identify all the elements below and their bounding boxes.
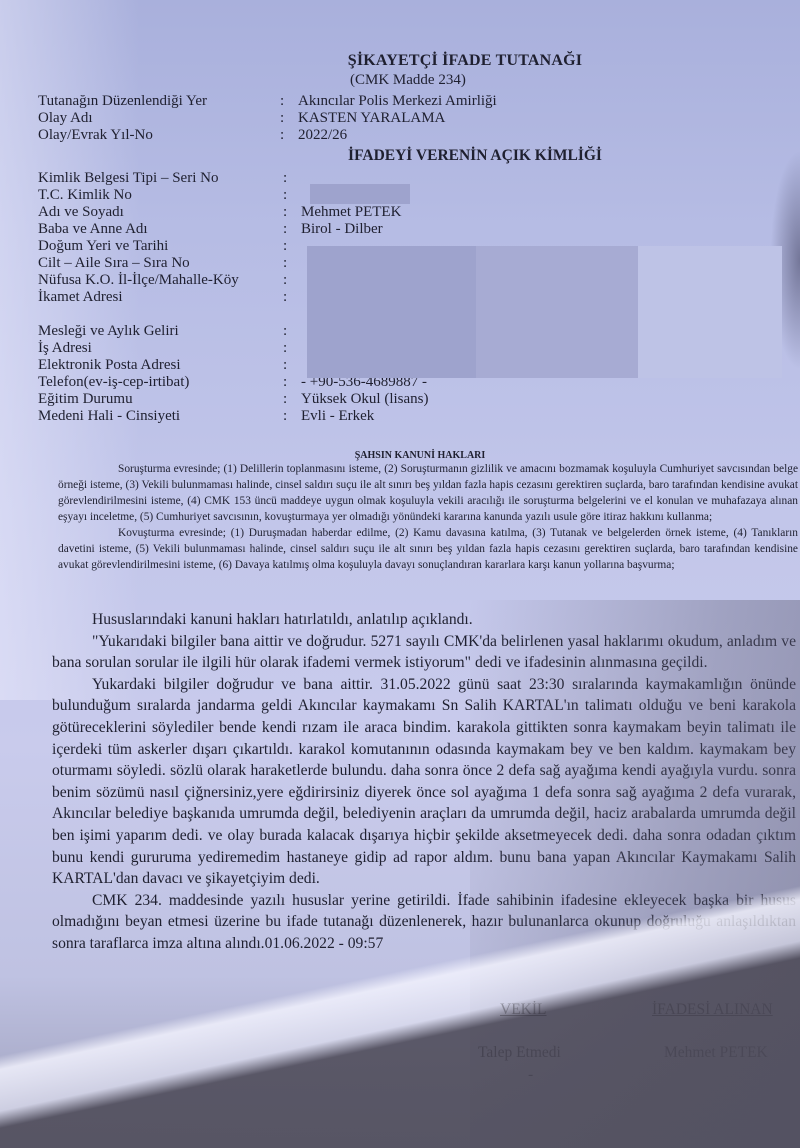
meta-value: Akıncılar Polis Merkezi Amirliği xyxy=(298,93,497,110)
parents-value: Birol - Dilber xyxy=(301,221,383,238)
statement-section: Hususlarındaki kanuni hakları hatırlatıl… xyxy=(52,609,796,955)
statement-paragraph: CMK 234. maddesinde yazılı hususlar yeri… xyxy=(52,890,796,955)
rights-section: Soruşturma evresinde; (1) Delillerin top… xyxy=(58,461,798,573)
rights-heading: ŞAHSIN KANUNİ HAKLARI xyxy=(0,450,800,461)
meta-label: Olay/Evrak Yıl-No xyxy=(38,127,280,144)
meta-value: KASTEN YARALAMA xyxy=(298,110,445,127)
identity-row: Adı ve Soyadı:Mehmet PETEK xyxy=(38,204,429,221)
statement-paragraph: "Yukarıdaki bilgiler bana aittir ve doğr… xyxy=(52,631,796,674)
document-title: ŞİKAYETÇİ İFADE TUTANAĞI xyxy=(0,52,800,70)
redaction-block xyxy=(638,246,782,378)
statement-paragraph: Hususlarındaki kanuni hakları hatırlatıl… xyxy=(52,609,796,631)
signature-ifade-alinan: İFADESİ ALINAN xyxy=(652,1001,773,1019)
document-subtitle: (CMK Madde 234) xyxy=(350,72,466,89)
vekil-sub: - xyxy=(528,1066,533,1084)
marital-gender-value: Evli - Erkek xyxy=(301,408,374,425)
investigation-rights: Soruşturma evresinde; (1) Delillerin top… xyxy=(58,461,798,525)
education-value: Yüksek Okul (lisans) xyxy=(301,391,429,408)
meta-row: Olay/Evrak Yıl-No : 2022/26 xyxy=(38,127,497,144)
ifade-alinan-value: Mehmet PETEK xyxy=(664,1044,768,1062)
redaction-block xyxy=(310,184,410,204)
identity-row: Baba ve Anne Adı:Birol - Dilber xyxy=(38,221,429,238)
redaction-block xyxy=(307,246,477,378)
document-page: ŞİKAYETÇİ İFADE TUTANAĞI (CMK Madde 234)… xyxy=(0,0,800,1148)
meta-row: Tutanağın Düzenlendiği Yer : Akıncılar P… xyxy=(38,93,497,110)
vekil-value: Talep Etmedi xyxy=(478,1044,561,1062)
meta-row: Olay Adı : KASTEN YARALAMA xyxy=(38,110,497,127)
signature-vekil: VEKİL xyxy=(500,1001,547,1019)
identity-heading: İFADEYİ VERENİN AÇIK KİMLİĞİ xyxy=(0,147,800,165)
redaction-block xyxy=(476,246,638,378)
name-value: Mehmet PETEK xyxy=(301,204,401,221)
meta-label: Olay Adı xyxy=(38,110,280,127)
prosecution-rights: Kovuşturma evresinde; (1) Duruşmadan hab… xyxy=(58,525,798,573)
meta-label: Tutanağın Düzenlendiği Yer xyxy=(38,93,280,110)
identity-row: Medeni Hali - Cinsiyeti:Evli - Erkek xyxy=(38,408,429,425)
statement-paragraph: Yukardaki bilgiler doğrudur ve bana aitt… xyxy=(52,674,796,890)
meta-section: Tutanağın Düzenlendiği Yer : Akıncılar P… xyxy=(38,93,497,144)
meta-value: 2022/26 xyxy=(298,127,347,144)
identity-row: Eğitim Durumu:Yüksek Okul (lisans) xyxy=(38,391,429,408)
